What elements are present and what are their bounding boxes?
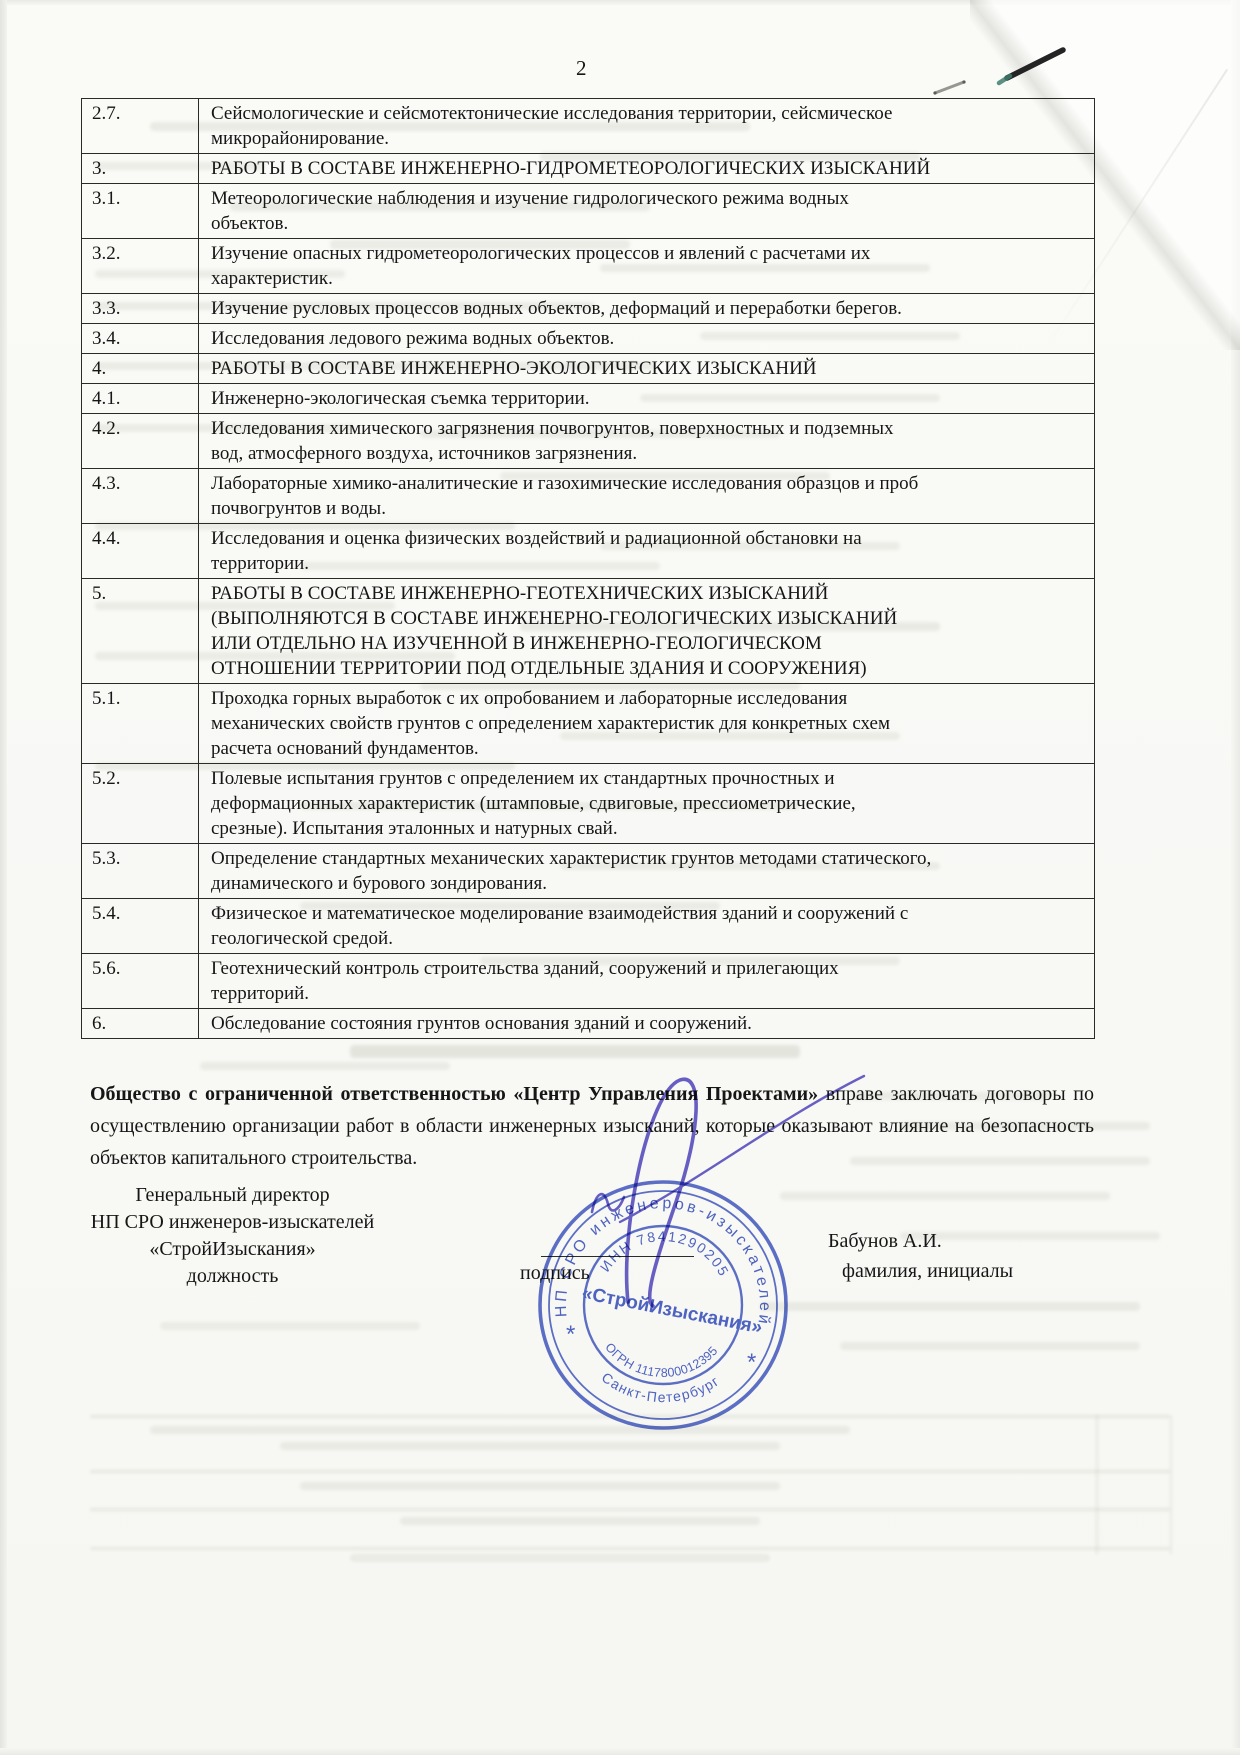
row-number-cell: 3.3. [82, 294, 199, 324]
scan-edge-right [1231, 0, 1240, 1755]
row-text-cell: Изучение опасных гидрометеорологических … [199, 239, 1095, 294]
bleedthrough-artifact [160, 1322, 420, 1330]
row-text-cell: Определение стандартных механических хар… [199, 844, 1095, 899]
pen-mark [985, 33, 1085, 95]
row-number-cell: 5.4. [82, 899, 199, 954]
row-number-cell: 4.4. [82, 524, 199, 579]
table-row: 4.2. Исследования химического загрязнени… [82, 414, 1095, 469]
row-text-cell: Метеорологические наблюдения и изучение … [199, 184, 1095, 239]
row-number-cell: 4.3. [82, 469, 199, 524]
table-row: 5. РАБОТЫ В СОСТАВЕ ИНЖЕНЕРНО-ГЕОТЕХНИЧЕ… [82, 579, 1095, 684]
table-row: 4.1. Инженерно-экологическая съемка терр… [82, 384, 1095, 414]
row-text-cell: Сейсмологические и сейсмотектонические и… [199, 99, 1095, 154]
row-text-cell: Инженерно-экологическая съемка территори… [199, 384, 1095, 414]
row-number-cell: 5.1. [82, 684, 199, 764]
table-row: 4. РАБОТЫ В СОСТАВЕ ИНЖЕНЕРНО-ЭКОЛОГИЧЕС… [82, 354, 1095, 384]
table-row: 3. РАБОТЫ В СОСТАВЕ ИНЖЕНЕРНО-ГИДРОМЕТЕО… [82, 154, 1095, 184]
row-text-cell: Исследования ледового режима водных объе… [199, 324, 1095, 354]
bleedthrough-artifact [90, 1547, 1170, 1550]
table-row: 6. Обследование состояния грунтов основа… [82, 1009, 1095, 1039]
position-caption: должность [85, 1263, 380, 1290]
signer-position-line3: «СтройИзыскания» [85, 1236, 380, 1263]
signer-position-line2: НП СРО инженеров-изыскателей [85, 1209, 380, 1236]
signer-position-block: Генеральный директор НП СРО инженеров-из… [85, 1182, 380, 1290]
row-number-cell: 3.2. [82, 239, 199, 294]
row-number-cell: 5.2. [82, 764, 199, 844]
row-text-cell: Обследование состояния грунтов основания… [199, 1009, 1095, 1039]
row-text-cell: Изучение русловых процессов водных объек… [199, 294, 1095, 324]
row-text-cell: РАБОТЫ В СОСТАВЕ ИНЖЕНЕРНО-ГЕОТЕХНИЧЕСКИ… [199, 579, 1095, 684]
row-number-cell: 2.7. [82, 99, 199, 154]
row-text-cell: Геотехнический контроль строительства зд… [199, 954, 1095, 1009]
table-row: 5.2. Полевые испытания грунтов с определ… [82, 764, 1095, 844]
scan-edge-top [0, 0, 1240, 5]
scan-edge-bottom [0, 1748, 1240, 1755]
table-row: 3.2. Изучение опасных гидрометеорологиче… [82, 239, 1095, 294]
page-number: 2 [576, 56, 587, 81]
table-row: 5.3. Определение стандартных механически… [82, 844, 1095, 899]
bleedthrough-artifact [200, 1062, 450, 1070]
row-number-cell: 5. [82, 579, 199, 684]
row-number-cell: 4.1. [82, 384, 199, 414]
row-text-cell: Исследования химического загрязнения поч… [199, 414, 1095, 469]
table-row: 3.1. Метеорологические наблюдения и изуч… [82, 184, 1095, 239]
row-number-cell: 6. [82, 1009, 199, 1039]
row-number-cell: 5.3. [82, 844, 199, 899]
row-number-cell: 4. [82, 354, 199, 384]
bleedthrough-artifact [350, 1554, 770, 1562]
row-text-cell: Полевые испытания грунтов с определением… [199, 764, 1095, 844]
table-row: 4.4. Исследования и оценка физических во… [82, 524, 1095, 579]
document-page: 2 2.7. Сейсмологические и сейсмотектонич… [0, 0, 1240, 1755]
row-number-cell: 3. [82, 154, 199, 184]
table-row: 5.4. Физическое и математическое моделир… [82, 899, 1095, 954]
bleedthrough-artifact [280, 1442, 780, 1450]
scan-edge-left [0, 0, 7, 1755]
works-table: 2.7. Сейсмологические и сейсмотектоничес… [81, 98, 1095, 1039]
table-row: 3.4. Исследования ледового режима водных… [82, 324, 1095, 354]
row-number-cell: 3.1. [82, 184, 199, 239]
table-row: 2.7. Сейсмологические и сейсмотектоничес… [82, 99, 1095, 154]
bleedthrough-artifact [1096, 1415, 1098, 1555]
row-number-cell: 4.2. [82, 414, 199, 469]
table-row: 4.3. Лабораторные химико-аналитические и… [82, 469, 1095, 524]
row-text-cell: Лабораторные химико-аналитические и газо… [199, 469, 1095, 524]
bleedthrough-artifact [300, 1482, 780, 1490]
staple-mark [928, 76, 974, 102]
handwritten-signature [450, 1040, 930, 1420]
signer-position-line1: Генеральный директор [85, 1182, 380, 1209]
table-row: 5.6. Геотехнический контроль строительст… [82, 954, 1095, 1009]
row-text-cell: РАБОТЫ В СОСТАВЕ ИНЖЕНЕРНО-ГИДРОМЕТЕОРОЛ… [199, 154, 1095, 184]
bleedthrough-artifact [90, 1470, 1170, 1473]
row-number-cell: 5.6. [82, 954, 199, 1009]
bleedthrough-artifact [90, 1508, 1170, 1511]
row-text-cell: Проходка горных выработок с их опробован… [199, 684, 1095, 764]
table-row: 5.1. Проходка горных выработок с их опро… [82, 684, 1095, 764]
row-text-cell: РАБОТЫ В СОСТАВЕ ИНЖЕНЕРНО-ЭКОЛОГИЧЕСКИХ… [199, 354, 1095, 384]
row-text-cell: Физическое и математическое моделировани… [199, 899, 1095, 954]
table-row: 3.3. Изучение русловых процессов водных … [82, 294, 1095, 324]
row-number-cell: 3.4. [82, 324, 199, 354]
row-text-cell: Исследования и оценка физических воздейс… [199, 524, 1095, 579]
bleedthrough-artifact [1170, 1415, 1172, 1555]
bleedthrough-artifact [400, 1517, 760, 1525]
